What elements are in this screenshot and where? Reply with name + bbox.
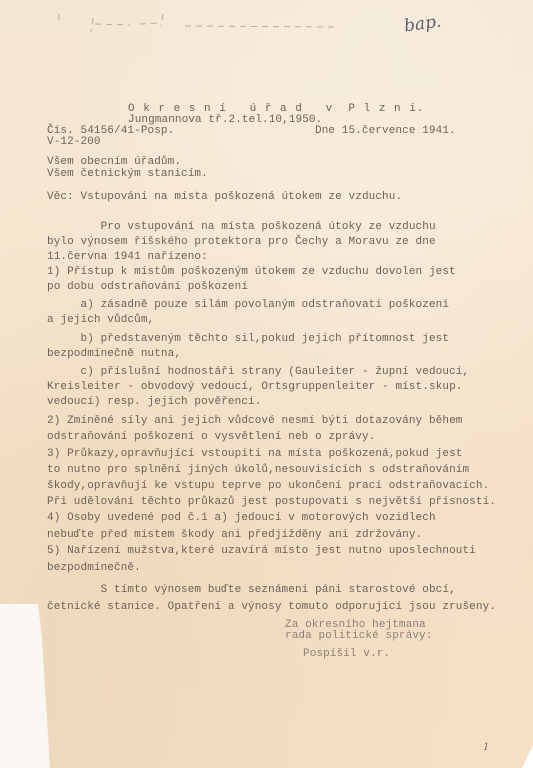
page-mark: 1 — [483, 742, 489, 753]
body-line: Pro vstupování na místa poškozená útoky … — [47, 220, 436, 234]
body-line: a jejich vůdcům, — [47, 313, 154, 327]
body-line: 1) Přístup k místům poškozeným útokem ze… — [47, 265, 456, 279]
body-line: bezpodmínečně nutna, — [47, 347, 181, 361]
body-line: bylo výnosem říšského protektora pro Čec… — [47, 235, 436, 249]
body-line: 3) Průkazy,opravňující vstoupiti na míst… — [47, 447, 462, 461]
body-line: 11.června 1941 nařízeno: — [47, 250, 208, 264]
body-line: 4) Osoby uvedené pod č.1 a) jedoucí v mo… — [47, 511, 436, 525]
body-line: 2) Zmíněné síly ani jejich vůdcové nesmí… — [47, 414, 462, 428]
body-line: bezpodmínečně. — [47, 561, 141, 575]
body-line: a) zásadně pouze silám povolaným odstraň… — [47, 298, 449, 312]
document-date: Dne 15.července 1941. — [315, 124, 456, 138]
body-line: to nutno pro splnění jiných úkolů,nesouv… — [47, 463, 469, 477]
body-line: vedoucí) resp. jejich pověřenci. — [47, 395, 261, 409]
body-line: odstraňování poškození o vysvětlení neb … — [47, 430, 375, 444]
reference-code: V-12-200 — [47, 135, 101, 149]
recipient-line: Všem četnickým stanicím. — [47, 167, 208, 181]
subject-line: Věc: Vstupování na místa poškozená útoke… — [47, 190, 402, 204]
body-line: 5) Nařízení mužstva,které uzavírá místo … — [47, 544, 476, 558]
body-line: Při udělování těchto průkazů jest postup… — [47, 495, 496, 509]
pencil-marks — [55, 10, 335, 35]
closing-line: S tímto výnosem buďte seznámeni páni sta… — [47, 583, 456, 597]
signature-name: Pospíšil v.r. — [303, 647, 390, 661]
body-line: po dobu odstraňování poškození — [47, 280, 248, 294]
body-line: nebuďte před místem škody ani předjížděn… — [47, 528, 422, 542]
signature-title: rada politické správy: — [285, 629, 432, 643]
body-line: b) představeným těchto sil,pokud jejich … — [47, 332, 449, 346]
body-line: škody,opravňují ke vstupu teprve po ukon… — [47, 479, 489, 493]
body-line: Kreisleiter - obvodový vedoucí, Ortsgrup… — [47, 380, 462, 394]
closing-line: četnické stanice. Opatření a výnosy tomu… — [47, 600, 496, 614]
body-line: c) příslušní hodnostáři strany (Gauleite… — [47, 365, 469, 379]
